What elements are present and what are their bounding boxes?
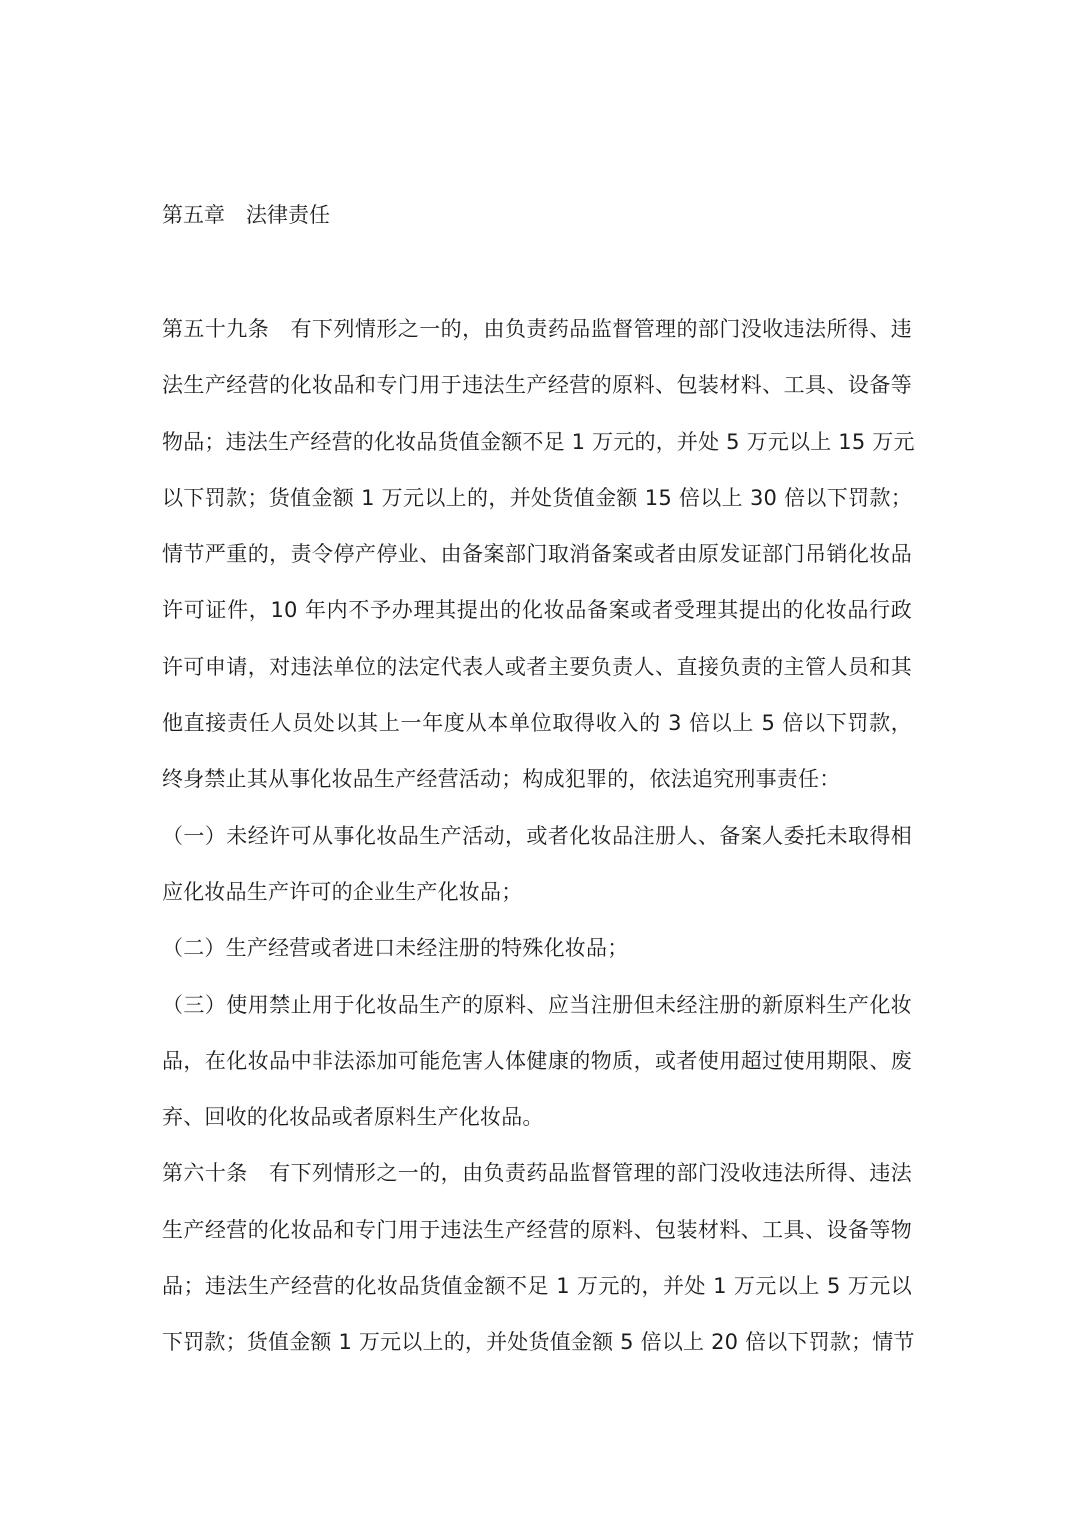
article-59-item-1-line: 应化妆品生产许可的企业生产化妆品； [162, 877, 922, 933]
article-59-line: 许可证件，10 年内不予办理其提出的化妆品备案或者受理其提出的化妆品行政 [162, 595, 912, 651]
article-59-line: 以下罚款；货值金额 1 万元以上的，并处货值金额 15 倍以上 30 倍以下罚款… [162, 483, 912, 539]
article-59-item-2-line: （二）生产经营或者进口未经注册的特殊化妆品； [162, 933, 922, 989]
article-59-line: 情节严重的，责令停产停业、由备案部门取消备案或者由原发证部门吊销化妆品 [162, 539, 912, 595]
article-59-item-3-line: （三）使用禁止用于化妆品生产的原料、应当注册但未经注册的新原料生产化妆 [162, 990, 912, 1046]
document-body: 第五十九条 有下列情形之一的，由负责药品监督管理的部门没收违法所得、违 法生产经… [162, 314, 922, 1384]
article-59-line: 第五十九条 有下列情形之一的，由负责药品监督管理的部门没收违法所得、违 [162, 314, 912, 370]
article-59-line: 法生产经营的化妆品和专门用于违法生产经营的原料、包装材料、工具、设备等 [162, 370, 912, 426]
article-60-line: 下罚款；货值金额 1 万元以上的，并处货值金额 5 倍以上 20 倍以下罚款；情… [162, 1327, 912, 1383]
article-60-line: 品；违法生产经营的化妆品货值金额不足 1 万元的，并处 1 万元以上 5 万元以 [162, 1271, 912, 1327]
article-60-line: 第六十条 有下列情形之一的，由负责药品监督管理的部门没收违法所得、违法 [162, 1158, 912, 1214]
article-59-item-3-line: 弃、回收的化妆品或者原料生产化妆品。 [162, 1102, 922, 1158]
article-59-line: 许可申请，对违法单位的法定代表人或者主要负责人、直接负责的主管人员和其 [162, 652, 912, 708]
chapter-title: 第五章 法律责任 [162, 201, 330, 229]
article-59-item-3-line: 品，在化妆品中非法添加可能危害人体健康的物质，或者使用超过使用期限、废 [162, 1046, 912, 1102]
article-59: 第五十九条 有下列情形之一的，由负责药品监督管理的部门没收违法所得、违 法生产经… [162, 314, 922, 1158]
article-60-line: 生产经营的化妆品和专门用于违法生产经营的原料、包装材料、工具、设备等物 [162, 1215, 912, 1271]
article-60: 第六十条 有下列情形之一的，由负责药品监督管理的部门没收违法所得、违法 生产经营… [162, 1158, 922, 1383]
article-59-line: 他直接责任人员处以其上一年度从本单位取得收入的 3 倍以上 5 倍以下罚款， [162, 708, 912, 764]
article-59-line: 终身禁止其从事化妆品生产经营活动；构成犯罪的，依法追究刑事责任： [162, 764, 922, 820]
article-59-item-1-line: （一）未经许可从事化妆品生产活动，或者化妆品注册人、备案人委托未取得相 [162, 821, 912, 877]
article-59-line: 物品；违法生产经营的化妆品货值金额不足 1 万元的，并处 5 万元以上 15 万… [162, 427, 912, 483]
